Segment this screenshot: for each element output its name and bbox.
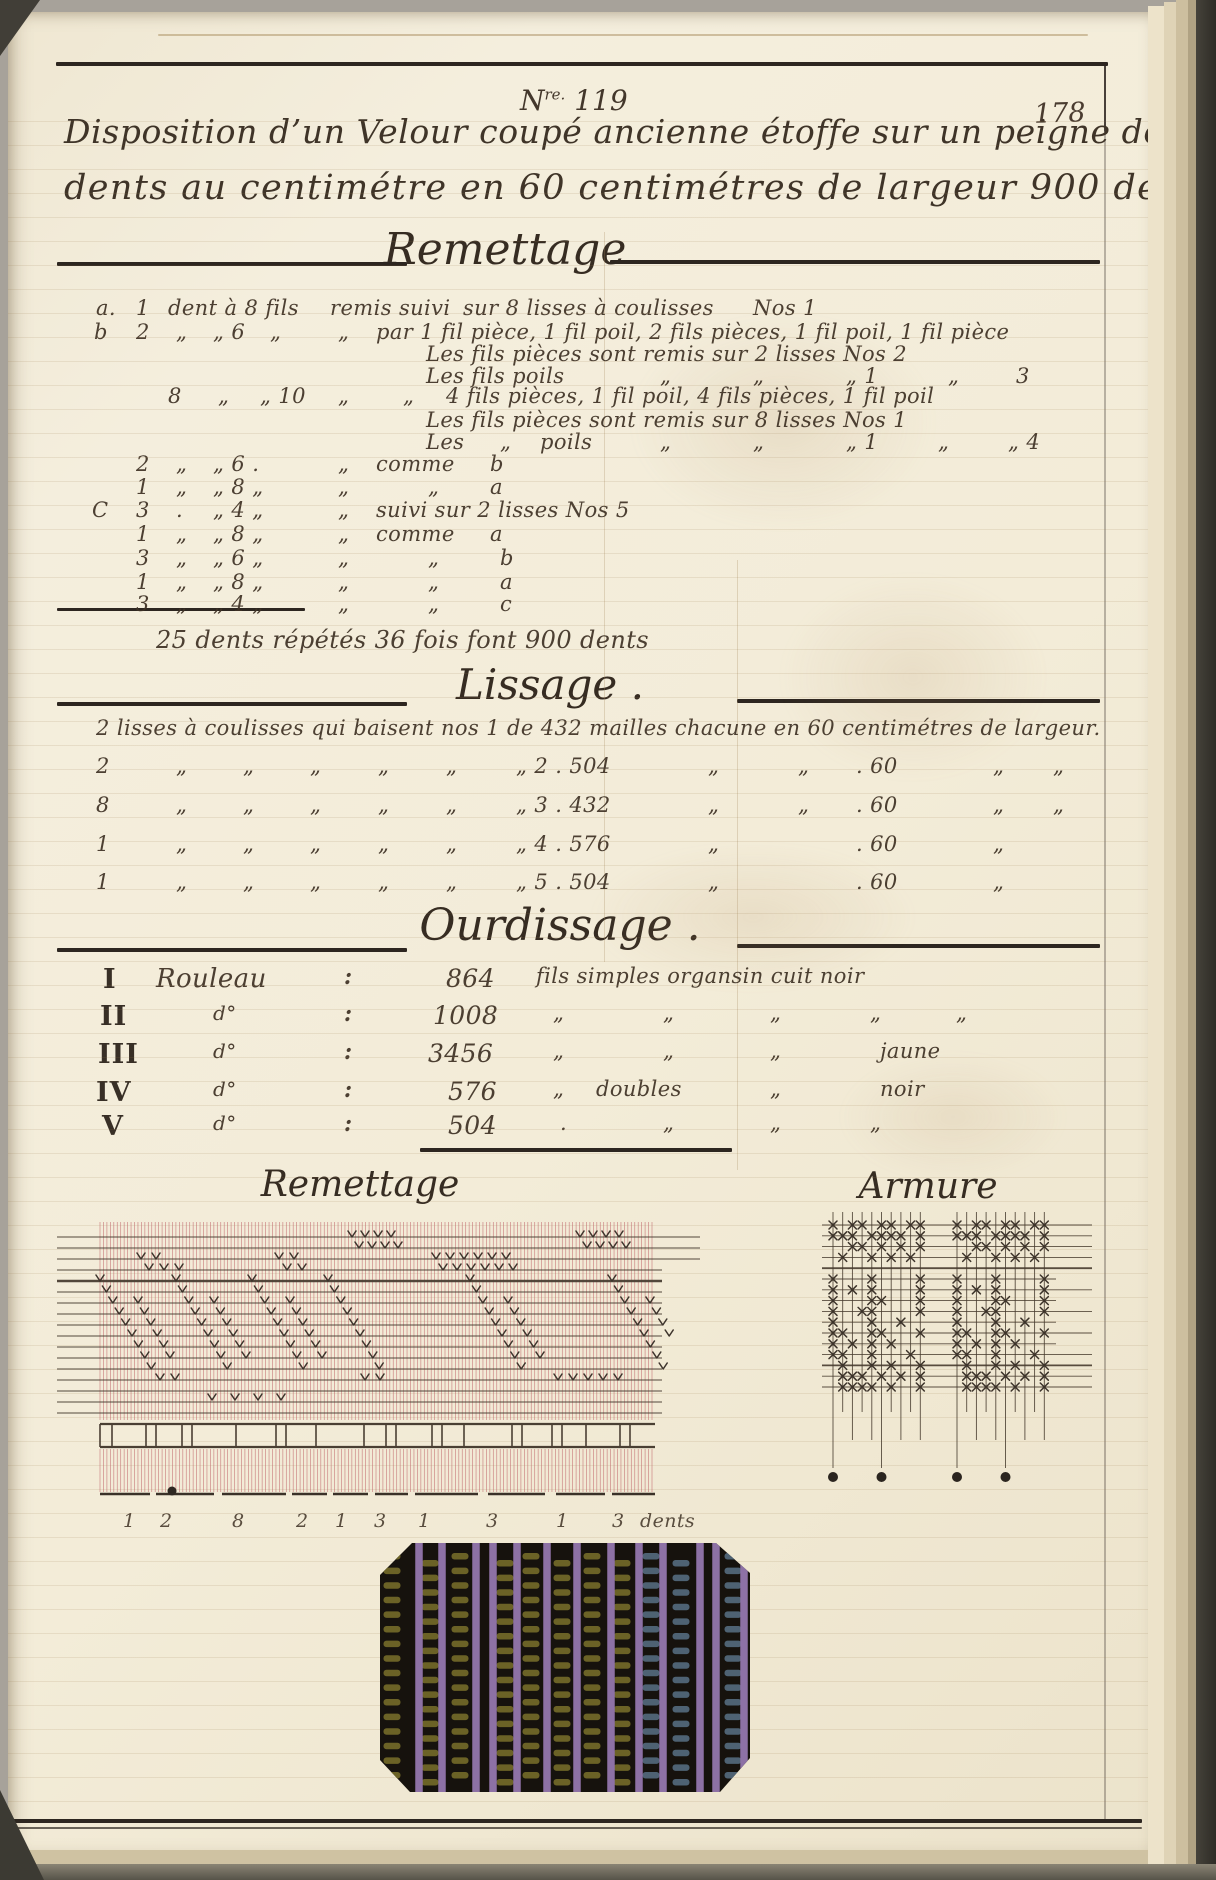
manuscript-text: „ <box>553 1039 564 1063</box>
manuscript-text: „ <box>338 320 349 344</box>
manuscript-text: 2 <box>160 1510 173 1532</box>
manuscript-text: „ <box>378 754 389 778</box>
manuscript-text: II <box>100 1001 127 1032</box>
manuscript-text: „ <box>500 430 511 454</box>
manuscript-text: „ <box>310 832 321 856</box>
lissage-row: 2„„„„„„ 2 . 504„„. 60„„ <box>8 754 1148 782</box>
manuscript-text: „ <box>310 870 321 894</box>
manuscript-text: „ <box>1053 793 1064 817</box>
manuscript-text: 864 <box>446 964 495 993</box>
manuscript-text: „ <box>176 570 187 594</box>
manuscript-text: „ <box>176 475 187 499</box>
manuscript-text: „ 4 „ <box>213 498 263 522</box>
manuscript-text: „ <box>338 522 349 546</box>
manuscript-text: „ 6 <box>213 320 245 344</box>
manuscript-text: dents <box>640 1510 695 1532</box>
section-heading-ourdissage: Ourdissage . <box>419 900 700 951</box>
manuscript-text: „ <box>403 384 414 408</box>
manuscript-text: comme <box>376 452 455 476</box>
manuscript-text: „ 1 <box>846 430 878 454</box>
manuscript-text: 1 <box>136 296 150 320</box>
ourdissage-row: Vd°:504.„„„ <box>8 1111 1148 1139</box>
manuscript-text: III <box>98 1039 139 1070</box>
manuscript-text: 1 <box>136 522 150 546</box>
manuscript-text: „ <box>428 570 439 594</box>
manuscript-text: : <box>344 1039 353 1065</box>
section-heading-remettage: Remettage <box>384 224 627 275</box>
manuscript-text: IV <box>96 1077 132 1108</box>
manuscript-text: fils simples organsin cuit noir <box>536 964 864 988</box>
manuscript-text: „ <box>770 1111 781 1135</box>
manuscript-text: Nos 1 <box>753 296 817 320</box>
manuscript-text: „ <box>428 475 439 499</box>
manuscript-text: 3 <box>136 546 150 570</box>
manuscript-text: 1 <box>136 475 150 499</box>
manuscript-text: „ <box>338 570 349 594</box>
manuscript-text: 4 fils pièces, 1 fil poil, 4 fils pièces… <box>446 384 934 408</box>
manuscript-text: „ <box>553 1077 564 1101</box>
manuscript-text: „ 5 . 504 <box>516 870 611 894</box>
manuscript-text: b <box>500 546 514 570</box>
manuscript-text: „ <box>310 793 321 817</box>
manuscript-text: „ <box>753 430 764 454</box>
manuscript-text: I <box>103 964 117 995</box>
ourdissage-rule-left <box>57 948 407 952</box>
manuscript-text: Rouleau <box>156 964 267 994</box>
diagram-label-armure: Armure <box>858 1166 997 1207</box>
manuscript-text: „ <box>270 320 281 344</box>
manuscript-text: „ <box>218 384 229 408</box>
manuscript-text: „ <box>798 754 809 778</box>
manuscript-text: „ <box>338 546 349 570</box>
manuscript-text: „ <box>870 1111 881 1135</box>
book-corner-bottom-left <box>0 1790 44 1880</box>
manuscript-text: d° <box>213 1001 237 1025</box>
manuscript-text: c <box>500 592 512 616</box>
manuscript-text: „ <box>176 320 187 344</box>
manuscript-text: „ <box>428 546 439 570</box>
bottom-border-rule-thin <box>12 1827 1142 1829</box>
manuscript-text: 3456 <box>428 1039 493 1068</box>
manuscript-text: 3 <box>486 1510 499 1532</box>
manuscript-text: „ <box>378 870 389 894</box>
manuscript-text: remis suivi <box>330 296 451 320</box>
manuscript-text: 1 <box>556 1510 569 1532</box>
manuscript-text: „ <box>708 754 719 778</box>
book-corner-top-left <box>0 0 40 56</box>
ourdissage-row: IVd°:576„doubles„noir <box>8 1077 1148 1105</box>
manuscript-text: „ <box>708 793 719 817</box>
ourdissage-row: IId°:1008„„„„„ <box>8 1001 1148 1029</box>
mid-section-rule <box>420 1148 732 1152</box>
manuscript-text: „ <box>176 522 187 546</box>
manuscript-text: „ <box>663 1039 674 1063</box>
title-line-1: Disposition d’un Velour coupé ancienne é… <box>64 112 1216 151</box>
manuscript-text: 504 <box>448 1111 497 1140</box>
bottom-page-edges <box>0 1850 1148 1864</box>
manuscript-text: „ 8 „ <box>213 570 263 594</box>
section-heading-lissage: Lissage . <box>456 660 644 709</box>
lissage-rule-right <box>737 699 1100 703</box>
manuscript-text: „ <box>243 793 254 817</box>
manuscript-text: . 60 <box>856 793 898 817</box>
manuscript-text: „ 3 . 432 <box>516 793 611 817</box>
ourdissage-row: IRouleau:864fils simples organsin cuit n… <box>8 964 1148 992</box>
lissage-row: 1„„„„„„ 5 . 504„. 60„ <box>8 870 1148 898</box>
manuscript-text: 8 <box>168 384 182 408</box>
manuscript-text: 3 <box>612 1510 625 1532</box>
manuscript-text: b <box>94 320 108 344</box>
manuscript-text: par 1 fil pièce, 1 fil poil, 2 fils pièc… <box>376 320 1009 344</box>
manuscript-text: Les fils pièces sont remis sur 8 lisses … <box>426 408 907 432</box>
manuscript-text: 576 <box>448 1077 497 1106</box>
manuscript-text: comme <box>376 522 455 546</box>
manuscript-text: „ <box>770 1001 781 1025</box>
bottom-shadow <box>0 1864 1216 1880</box>
manuscript-text: b <box>490 452 504 476</box>
manuscript-text: „ <box>310 754 321 778</box>
manuscript-text: „ <box>176 592 187 616</box>
page-stack-edge-4 <box>1188 0 1196 1880</box>
lissage-row: 1„„„„„„ 4 . 576„. 60„ <box>8 832 1148 860</box>
manuscript-text: 2 <box>136 452 150 476</box>
manuscript-text: „ 6 . <box>213 452 259 476</box>
manuscript-text: „ <box>176 832 187 856</box>
manuscript-text: 25 dents répétés 36 fois font 900 dents <box>156 626 649 654</box>
manuscript-text: 3 <box>136 498 150 522</box>
manuscript-text: „ 8 „ <box>213 522 263 546</box>
manuscript-text: : <box>344 1077 353 1103</box>
manuscript-text: dent à 8 fils <box>168 296 299 320</box>
manuscript-text: „ <box>993 832 1004 856</box>
page-stack-edge-1 <box>1148 6 1164 1880</box>
draft-scale-numbers: 1282131313dents <box>8 1510 1148 1538</box>
manuscript-text: „ <box>243 754 254 778</box>
underlying-page-edge <box>158 34 1088 36</box>
manuscript-text: „ <box>338 452 349 476</box>
notebook-page: Nre. 119 178 Disposition d’un Velour cou… <box>8 12 1148 1850</box>
manuscript-text: „ <box>176 870 187 894</box>
manuscript-text: „ <box>663 1001 674 1025</box>
manuscript-text: „ <box>770 1039 781 1063</box>
title-line-2: dents au centimétre en 60 centimétres de… <box>64 168 1216 208</box>
lissage-row: 8„„„„„„ 3 . 432„„. 60„„ <box>8 793 1148 821</box>
manuscript-text: „ <box>660 430 671 454</box>
manuscript-text: „ <box>176 793 187 817</box>
manuscript-text: „ <box>176 452 187 476</box>
manuscript-text: „ <box>770 1077 781 1101</box>
manuscript-text: „ <box>243 870 254 894</box>
remettage-rule-right <box>610 260 1100 264</box>
manuscript-text: „ <box>993 754 1004 778</box>
manuscript-text: „ <box>708 832 719 856</box>
manuscript-text: „ <box>446 832 457 856</box>
manuscript-text: „ <box>446 870 457 894</box>
manuscript-text: suivi sur 2 lisses Nos 5 <box>376 498 630 522</box>
manuscript-text: : <box>344 1001 353 1027</box>
manuscript-text: „ <box>798 793 809 817</box>
book-cover-edge <box>1196 0 1216 1880</box>
manuscript-text: „ 4 „ <box>213 592 263 616</box>
manuscript-text: d° <box>213 1077 237 1101</box>
manuscript-text: „ <box>446 754 457 778</box>
manuscript-text: 1 <box>123 1510 136 1532</box>
manuscript-text: Les <box>426 430 464 454</box>
manuscript-text: 1 <box>96 832 110 856</box>
manuscript-text: 3 <box>374 1510 387 1532</box>
manuscript-text: 8 <box>232 1510 245 1532</box>
manuscript-text: noir <box>880 1077 925 1101</box>
manuscript-text: „ <box>338 475 349 499</box>
manuscript-text: 1 <box>96 870 110 894</box>
remettage-row: 3„„ 4 „„„c <box>8 592 1148 620</box>
manuscript-text: 2 <box>96 754 110 778</box>
sample-number-label: 3619 <box>646 1726 728 1768</box>
manuscript-text: a. <box>96 296 116 320</box>
manuscript-text: . <box>176 498 183 522</box>
manuscript-text: 1 <box>418 1510 431 1532</box>
page-stack-edge-3 <box>1176 0 1188 1880</box>
lissage-rule-left <box>57 702 407 706</box>
bottom-border-rule <box>12 1819 1142 1823</box>
manuscript-text: doubles <box>596 1077 682 1101</box>
manuscript-text: 3 <box>136 592 150 616</box>
manuscript-text: 1 <box>136 570 150 594</box>
manuscript-text: „ <box>378 793 389 817</box>
manuscript-text: „ <box>993 793 1004 817</box>
folio-no-sup: re. <box>545 86 566 104</box>
manuscript-text: „ <box>553 1001 564 1025</box>
manuscript-text: „ <box>338 592 349 616</box>
manuscript-text: jaune <box>880 1039 941 1063</box>
manuscript-text: 2 <box>136 320 150 344</box>
manuscript-text: 2 <box>296 1510 309 1532</box>
manuscript-text: „ <box>338 384 349 408</box>
manuscript-text: „ <box>243 832 254 856</box>
ourdissage-row: IIId°:3456„„„jaune <box>8 1039 1148 1067</box>
manuscript-text: „ <box>176 546 187 570</box>
ourdissage-rule-right <box>737 944 1100 948</box>
lissage-intro: 2 lisses à coulisses qui baisent nos 1 d… <box>8 716 1148 744</box>
manuscript-text: C <box>92 498 108 522</box>
manuscript-text: a <box>490 475 503 499</box>
manuscript-text: „ 2 . 504 <box>516 754 611 778</box>
manuscript-text: Les fils pièces sont remis sur 2 lisses … <box>426 342 907 366</box>
manuscript-text: „ <box>1053 754 1064 778</box>
manuscript-text: sur 8 lisses à coulisses <box>463 296 714 320</box>
manuscript-text: . 60 <box>856 832 898 856</box>
manuscript-text: poils <box>540 430 592 454</box>
manuscript-text: . <box>560 1111 567 1135</box>
remettage-rule-left <box>57 262 407 266</box>
manuscript-text: „ <box>663 1111 674 1135</box>
manuscript-text: . 60 <box>856 870 898 894</box>
manuscript-text: 2 lisses à coulisses qui baisent nos 1 d… <box>96 716 1101 740</box>
page-stack-edge-2 <box>1164 2 1176 1880</box>
manuscript-text: „ 4 <box>1008 430 1040 454</box>
manuscript-text: d° <box>213 1111 237 1135</box>
manuscript-text: V <box>102 1111 124 1142</box>
manuscript-text: „ <box>993 870 1004 894</box>
manuscript-text: „ <box>708 870 719 894</box>
manuscript-text: : <box>344 1111 353 1137</box>
manuscript-text: „ <box>956 1001 967 1025</box>
manuscript-text: „ <box>428 592 439 616</box>
manuscript-text: : <box>344 964 353 990</box>
manuscript-text: „ <box>378 832 389 856</box>
manuscript-text: a <box>490 522 503 546</box>
manuscript-text: „ 10 <box>260 384 306 408</box>
manuscript-text: „ <box>870 1001 881 1025</box>
manuscript-text: „ <box>338 498 349 522</box>
manuscript-text: 1008 <box>433 1001 498 1030</box>
diagram-label-remettage: Remettage <box>261 1164 460 1205</box>
manuscript-text: „ <box>446 793 457 817</box>
manuscript-text: „ 6 „ <box>213 546 263 570</box>
scanned-notebook-photo: { "page_chrome": { "page_number": "178",… <box>0 0 1216 1880</box>
manuscript-text: a <box>500 570 513 594</box>
manuscript-text: „ 8 „ <box>213 475 263 499</box>
manuscript-text: „ <box>938 430 949 454</box>
top-border-rule <box>56 62 1108 66</box>
manuscript-text: „ <box>176 754 187 778</box>
manuscript-text: 8 <box>96 793 110 817</box>
manuscript-text: 1 <box>335 1510 348 1532</box>
manuscript-text: . 60 <box>856 754 898 778</box>
remettage-summary: 25 dents répétés 36 fois font 900 dents <box>8 626 1148 654</box>
manuscript-text: d° <box>213 1039 237 1063</box>
manuscript-text: „ 4 . 576 <box>516 832 611 856</box>
